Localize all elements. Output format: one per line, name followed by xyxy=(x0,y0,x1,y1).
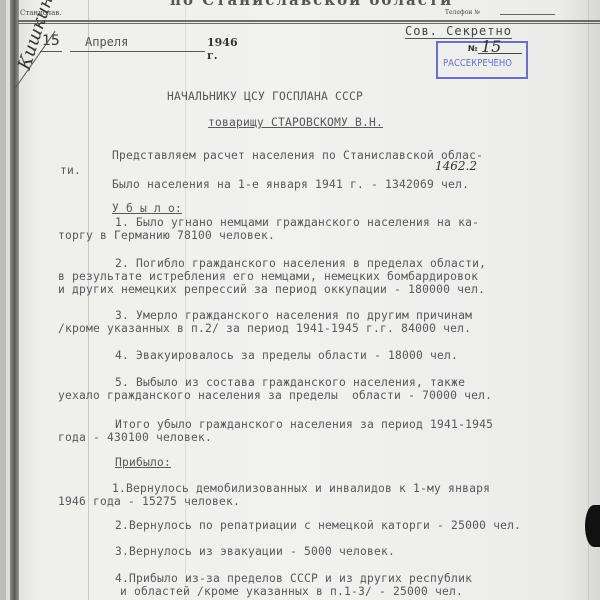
intro-line-2: Было населения на 1-е января 1941 г. - 1… xyxy=(112,178,469,191)
letterhead-rule-thin xyxy=(18,23,600,24)
declassified-stamp: № 15 РАССЕКРЕЧЕНО xyxy=(436,41,528,79)
stamp-number-line xyxy=(478,53,522,54)
date-year: 1946 г. xyxy=(207,36,238,62)
fold-line xyxy=(88,0,89,600)
letterhead-org: по Станиславской области xyxy=(170,0,453,9)
list-item-line: 2.Вернулось по репатриации с немецкой ка… xyxy=(115,519,521,532)
letterhead-rule xyxy=(18,20,600,22)
list-item-line: в результате истребления его немцами, не… xyxy=(58,270,478,283)
total-line-1: Итого убыло гражданского населения за пе… xyxy=(115,418,493,431)
list-item-line: 1. Было угнано немцами гражданского насе… xyxy=(115,216,479,229)
increase-heading: Прибыло: xyxy=(115,456,171,469)
list-item-line: и областей /кроме указанных в п.1-3/ - 2… xyxy=(120,585,463,598)
list-item-line: 3.Вернулось из эвакуации - 5000 человек. xyxy=(115,545,395,558)
month-underline xyxy=(70,51,205,52)
day-underline xyxy=(40,51,62,52)
date-month: Апреля xyxy=(85,35,128,49)
handwritten-correction: 1462.2 xyxy=(435,159,477,173)
phone-blank xyxy=(500,14,555,15)
list-item-line: 4. Эвакуировалось за пределы области - 1… xyxy=(115,349,458,362)
stamp-text: РАССЕКРЕЧЕНО xyxy=(443,58,512,69)
intro-line-1: Представляем расчет населения по Станисл… xyxy=(112,149,483,162)
list-item-line: 3. Умерло гражданского населения по друг… xyxy=(115,309,472,322)
list-item-line: и других немецких репрессий за период ок… xyxy=(58,283,485,296)
list-item-line: 5. Выбыло из состава гражданского населе… xyxy=(115,376,465,389)
addressee-line-1: НАЧАЛЬНИКУ ЦСУ ГОСПЛАНА СССР xyxy=(167,90,363,103)
list-item-line: 2. Погибло гражданского населения в пред… xyxy=(115,257,486,270)
binding-shadow xyxy=(10,0,19,600)
total-line-2: года - 430100 человек. xyxy=(58,431,212,444)
stamp-number-label: № xyxy=(468,44,478,53)
list-item-line: 1.Вернулось демобилизованных и инвалидов… xyxy=(112,482,490,495)
list-item-line: 1946 года - 15275 человек. xyxy=(58,495,240,508)
list-item-line: торгу в Германию 78100 человек. xyxy=(58,229,275,242)
list-item-line: /кроме указанных в п.2/ за период 1941-1… xyxy=(58,322,471,335)
letterhead-phone: Телефон № xyxy=(445,9,480,16)
addressee-line-2: товарищу СТАРОВСКОМУ В.Н. xyxy=(208,116,383,129)
document-page: по Станиславской области Станислав. Теле… xyxy=(0,0,600,600)
list-item-line: 4.Прибыло из-за пределов СССР и из други… xyxy=(115,572,472,585)
intro-line-1-cont: ти. xyxy=(60,164,81,177)
list-item-line: уехало гражданского населения за пределы… xyxy=(58,389,492,402)
ink-blot xyxy=(585,505,600,547)
decrease-heading: У б ы л о: xyxy=(112,202,182,215)
binding-edge xyxy=(0,0,6,600)
